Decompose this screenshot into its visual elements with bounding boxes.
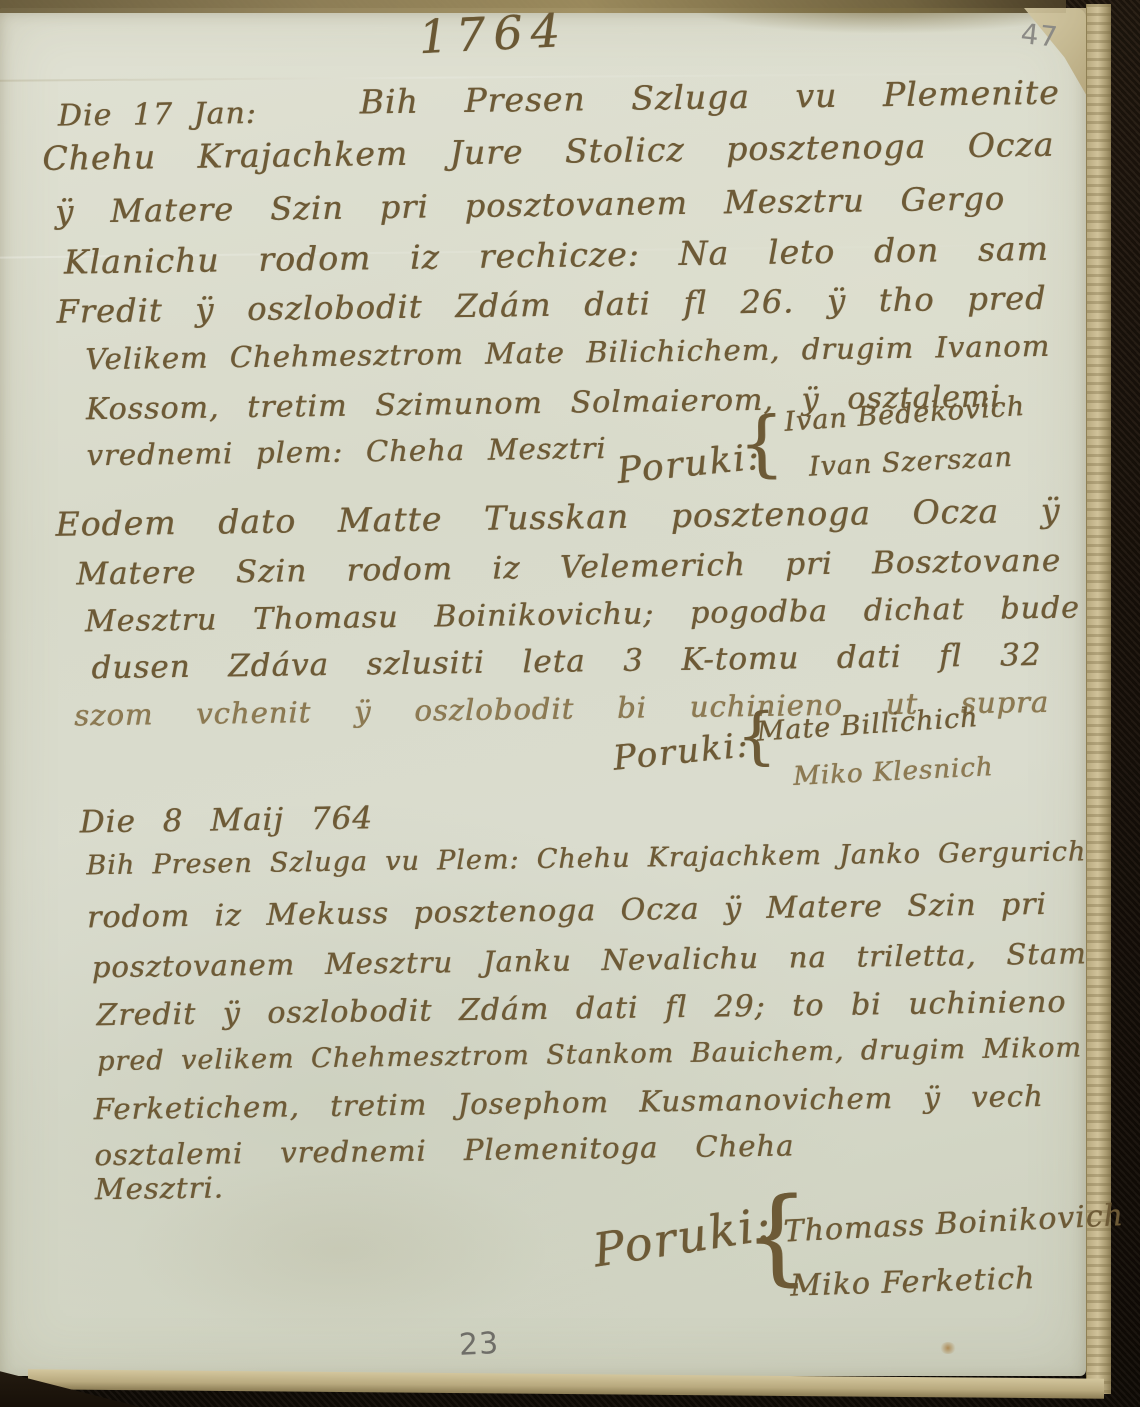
witness-signature: Miko Klesnich bbox=[792, 752, 994, 792]
manuscript-line: Fredit ÿ oszlobodit Zdám dati fl 26. ÿ t… bbox=[56, 279, 1046, 331]
manuscript-line: rodom iz Mekuss posztenoga Ocza ÿ Matere… bbox=[87, 887, 1047, 935]
manuscript-line: dusen Zdáva szlusiti leta 3 K-tomu dati … bbox=[91, 637, 1041, 686]
entry-date: Die 8 Maij 764 bbox=[79, 800, 373, 840]
manuscript-line: Klanichu rodom iz rechicze: Na leto don … bbox=[64, 229, 1049, 282]
manuscript-line: Mesztru Thomasu Boinikovichu; pogodba di… bbox=[85, 590, 1080, 639]
manuscript-line: Ferketichem, tretim Josephom Kusmanovich… bbox=[93, 1079, 1043, 1126]
manuscript-line: ÿ Matere Szin pri posztovanem Mesztru Ge… bbox=[55, 179, 1005, 230]
manuscript-line: posztovanem Mesztru Janku Nevalichu na t… bbox=[91, 936, 1086, 984]
manuscript-line: osztalemi vrednemi Plemenitoga Cheha Mes… bbox=[94, 1128, 795, 1206]
witness-signature: Ivan Szerszan bbox=[808, 442, 1013, 483]
folio-number: 47 bbox=[1019, 17, 1060, 54]
brace-icon: { bbox=[738, 401, 786, 486]
manuscript-line: Zredit ÿ oszlobodit Zdám dati fl 29; to … bbox=[96, 985, 1066, 1034]
manuscript-line: Eodem dato Matte Tusskan posztenoga Ocza… bbox=[55, 491, 1060, 544]
witness-signature: Thomass Boinikovich bbox=[783, 1198, 1125, 1250]
manuscript-scan: 1764 47 Die 17 Jan: Bih Presen Szluga vu… bbox=[0, 0, 1140, 1407]
manuscript-line: Chehu Krajachkem Jure Stolicz posztenoga… bbox=[42, 125, 1054, 178]
witness-signature: Miko Ferketich bbox=[790, 1261, 1036, 1304]
page-number: 23 bbox=[458, 1326, 500, 1363]
manuscript-line: Velikem Chehmesztrom Mate Bilichichem, d… bbox=[85, 329, 1050, 376]
manuscript-line: pred velikem Chehmesztrom Stankom Bauich… bbox=[97, 1032, 1082, 1077]
handwriting-layer: 1764 47 Die 17 Jan: Bih Presen Szluga vu… bbox=[0, 0, 1140, 1407]
year-heading: 1764 bbox=[417, 3, 569, 64]
manuscript-line: Matere Szin rodom iz Velemerich pri Bosz… bbox=[76, 543, 1061, 593]
manuscript-line: vrednemi plem: Cheha Mesztri bbox=[86, 431, 606, 472]
witness-label: Poruki: bbox=[611, 725, 751, 779]
manuscript-line: Bih Presen Szluga vu Plemenite bbox=[359, 73, 1059, 122]
entry-date: Die 17 Jan: bbox=[58, 96, 257, 134]
manuscript-line: Bih Presen Szluga vu Plem: Chehu Krajach… bbox=[86, 836, 1086, 881]
